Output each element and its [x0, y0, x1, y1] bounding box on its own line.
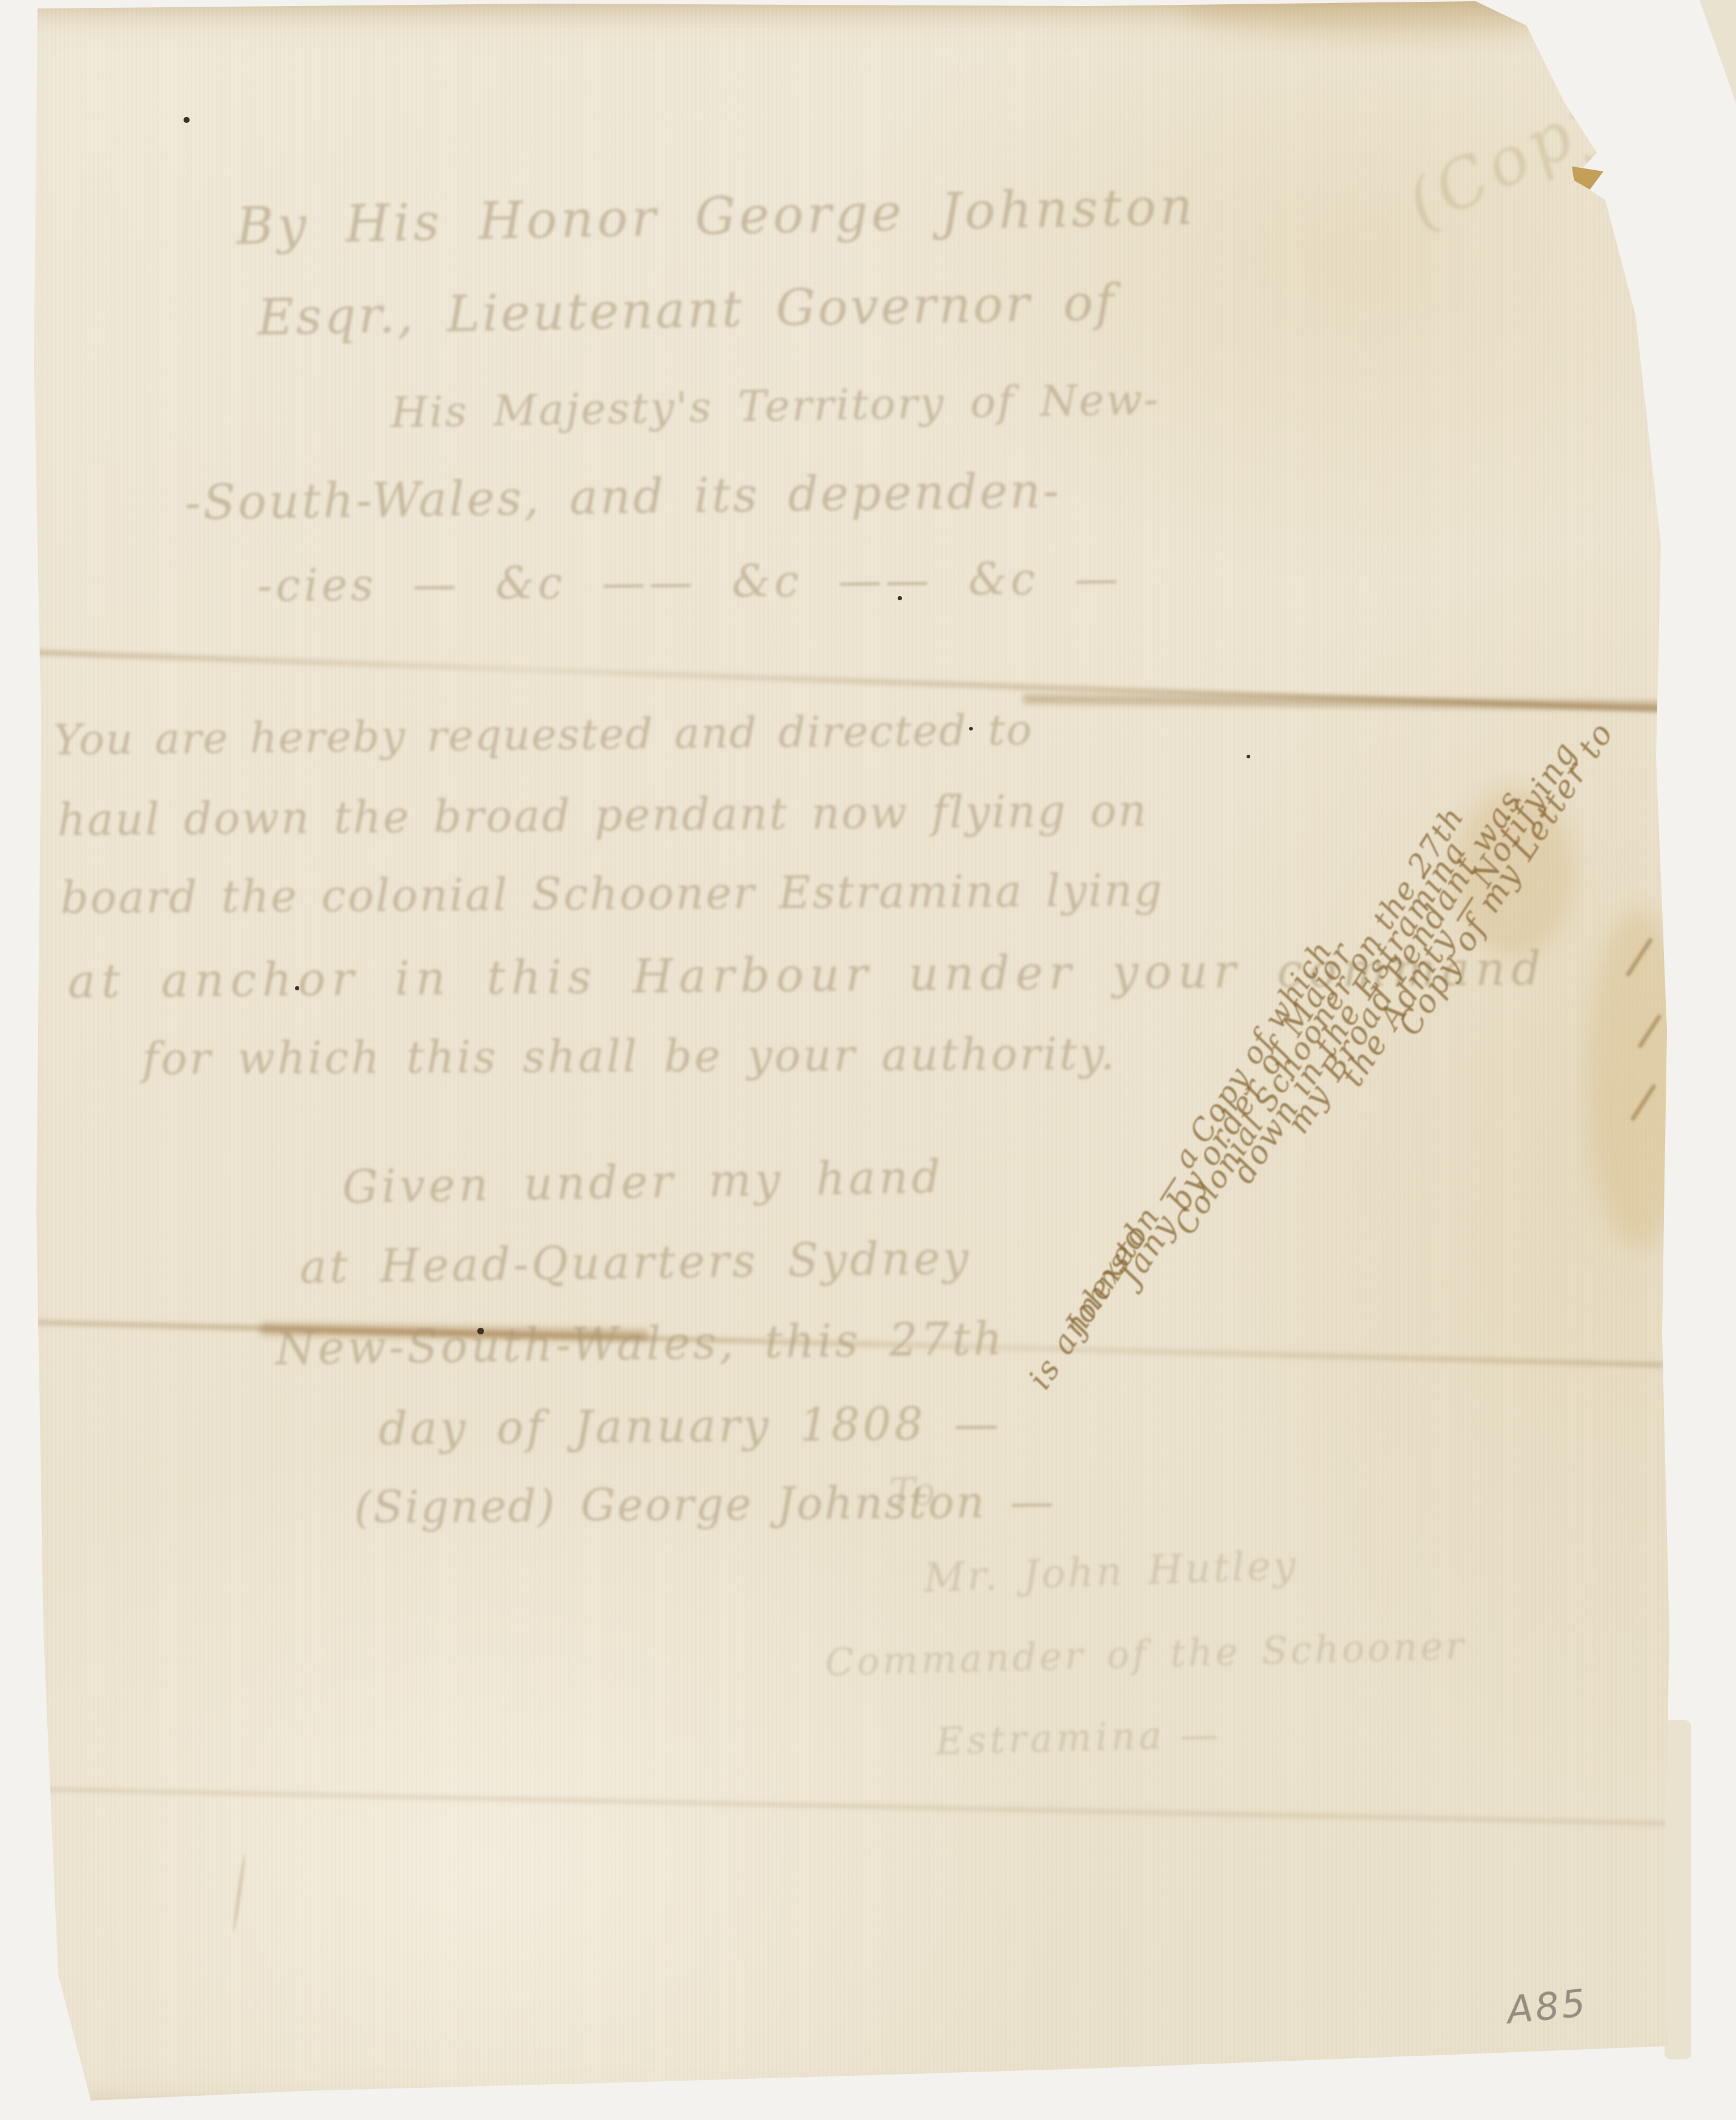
- signature-line: at Head-Quarters Sydney: [300, 1236, 972, 1290]
- heading-line: -cies — &c —— &c —— &c —: [257, 557, 1122, 608]
- address-line: Estramina —: [935, 1715, 1222, 1760]
- signature-line: (Signed) George Johnston —: [354, 1480, 1056, 1529]
- scanned-document-photo: By His Honor George Johnston Esqr., Lieu…: [0, 0, 1736, 2120]
- body-line: for which this shall be your authority.: [142, 1032, 1117, 1081]
- manuscript-page: By His Honor George Johnston Esqr., Lieu…: [0, 0, 1736, 2120]
- ink-speck: [295, 986, 299, 990]
- catalog-number: A85: [1505, 1984, 1589, 2030]
- heading-line: Esqr., Lieutenant Governor of: [257, 279, 1116, 343]
- ink-speck: [184, 117, 190, 123]
- heading-line: His Majesty's Territory of New-: [390, 378, 1160, 434]
- ink-speck: [1247, 755, 1250, 758]
- ink-speck: [969, 727, 973, 730]
- signature-line: New-South-Wales, this 27th: [276, 1317, 1005, 1372]
- body-line: haul down the broad pendant now flying o…: [58, 789, 1148, 842]
- ink-speck: [898, 596, 902, 600]
- body-line: board the colonial Schooner Estramina ly…: [61, 869, 1164, 920]
- underlying-page-edge: [1665, 1720, 1691, 2059]
- signature-line: Given under my hand: [342, 1154, 944, 1210]
- heading-line: -South-Wales, and its dependen-: [185, 468, 1062, 527]
- ink-speck: [477, 1328, 484, 1334]
- signature-line: day of January 1808 —: [379, 1402, 1002, 1452]
- address-to-label: To: [889, 1472, 936, 1513]
- body-line: You are hereby requested and directed to: [53, 709, 1033, 761]
- underlying-page-corner: [1684, 0, 1736, 103]
